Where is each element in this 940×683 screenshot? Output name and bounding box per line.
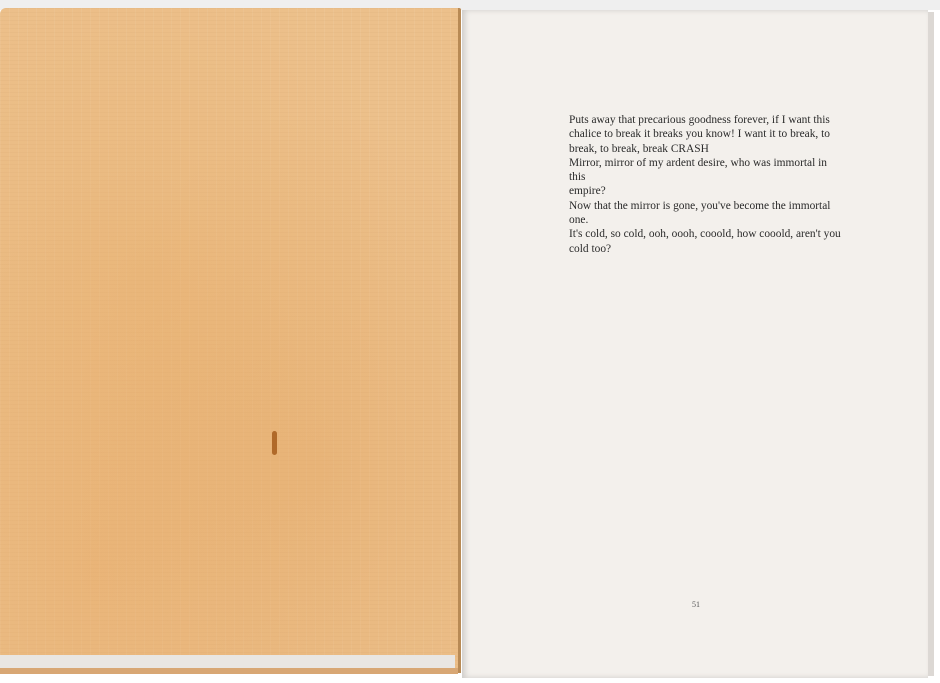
poem-text: Puts away that precarious goodness forev…: [569, 113, 844, 256]
right-page: [462, 10, 928, 678]
poem-line: It's cold, so cold, ooh, oooh, cooold, h…: [569, 227, 844, 241]
poem-line: Mirror, mirror of my ardent desire, who …: [569, 156, 844, 185]
poem-line: Now that the mirror is gone, you've beco…: [569, 199, 844, 213]
poem-line: empire?: [569, 184, 844, 198]
left-endpaper: [0, 8, 461, 673]
poem-line: Puts away that precarious goodness forev…: [569, 113, 844, 127]
poem-line: cold too?: [569, 242, 844, 256]
cover-edge-strip: [0, 668, 458, 674]
poem-line: chalice to break it breaks you know! I w…: [569, 127, 844, 141]
page-edge: [928, 12, 934, 676]
poem-line: one.: [569, 213, 844, 227]
book-spread: Puts away that precarious goodness forev…: [0, 0, 940, 683]
poem-line: break, to break, break CRASH: [569, 142, 844, 156]
page-number: 51: [692, 600, 700, 609]
paper-stain: [272, 431, 277, 455]
